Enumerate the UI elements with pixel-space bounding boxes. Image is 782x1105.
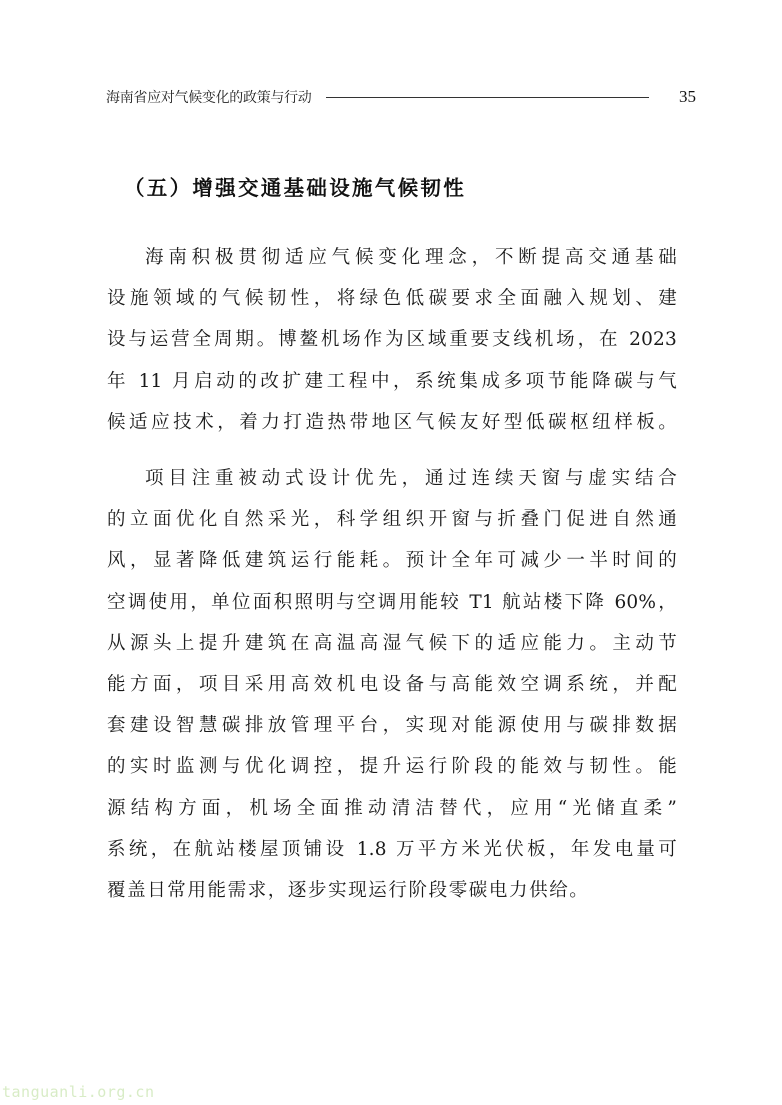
paragraph-1: 海南积极贯彻适应气候变化理念，不断提高交通基础 设施领域的气候韧性，将绿色低碳要… <box>107 237 677 443</box>
text-line: 从源头上提升建筑在高温高湿气候下的适应能力。主动节 <box>107 623 677 664</box>
text-line: 源结构方面，机场全面推动清洁替代，应用“光储直柔” <box>107 788 677 829</box>
section-title: （五）增强交通基础设施气候韧性 <box>124 171 466 201</box>
text-line: 项目注重被动式设计优先，通过连续天窗与虚实结合 <box>107 458 677 499</box>
document-page: 海南省应对气候变化的政策与行动 35 （五）增强交通基础设施气候韧性 海南积极贯… <box>0 0 782 1105</box>
running-header: 海南省应对气候变化的政策与行动 35 <box>106 86 696 108</box>
watermark: tanguanli.org.cn <box>2 1083 155 1101</box>
text-line: 能方面，项目采用高效机电设备与高能效空调系统，并配 <box>107 664 677 705</box>
text-line: 年 11 月启动的改扩建工程中，系统集成多项节能降碳与气 <box>107 361 677 402</box>
text-line: 空调使用，单位面积照明与空调用能较 T1 航站楼下降 60%， <box>107 582 677 623</box>
header-rule <box>326 97 650 98</box>
text-line: 系统，在航站楼屋顶铺设 1.8 万平方米光伏板，年发电量可 <box>107 829 677 870</box>
text-line: 的实时监测与优化调控，提升运行阶段的能效与韧性。能 <box>107 746 677 787</box>
text-line: 套建设智慧碳排放管理平台，实现对能源使用与碳排数据 <box>107 705 677 746</box>
text-line: 覆盖日常用能需求，逐步实现运行阶段零碳电力供给。 <box>107 870 677 911</box>
text-line: 海南积极贯彻适应气候变化理念，不断提高交通基础 <box>107 237 677 278</box>
text-line: 候适应技术，着力打造热带地区气候友好型低碳枢纽样板。 <box>107 402 677 443</box>
paragraph-2: 项目注重被动式设计优先，通过连续天窗与虚实结合 的立面优化自然采光，科学组织开窗… <box>107 458 677 911</box>
text-line: 设施领域的气候韧性，将绿色低碳要求全面融入规划、建 <box>107 278 677 319</box>
text-line: 风，显著降低建筑运行能耗。预计全年可减少一半时间的 <box>107 540 677 581</box>
page-number: 35 <box>679 87 696 107</box>
header-title: 海南省应对气候变化的政策与行动 <box>106 87 312 107</box>
text-line: 的立面优化自然采光，科学组织开窗与折叠门促进自然通 <box>107 499 677 540</box>
text-line: 设与运营全周期。博鳌机场作为区域重要支线机场，在 2023 <box>107 319 677 360</box>
